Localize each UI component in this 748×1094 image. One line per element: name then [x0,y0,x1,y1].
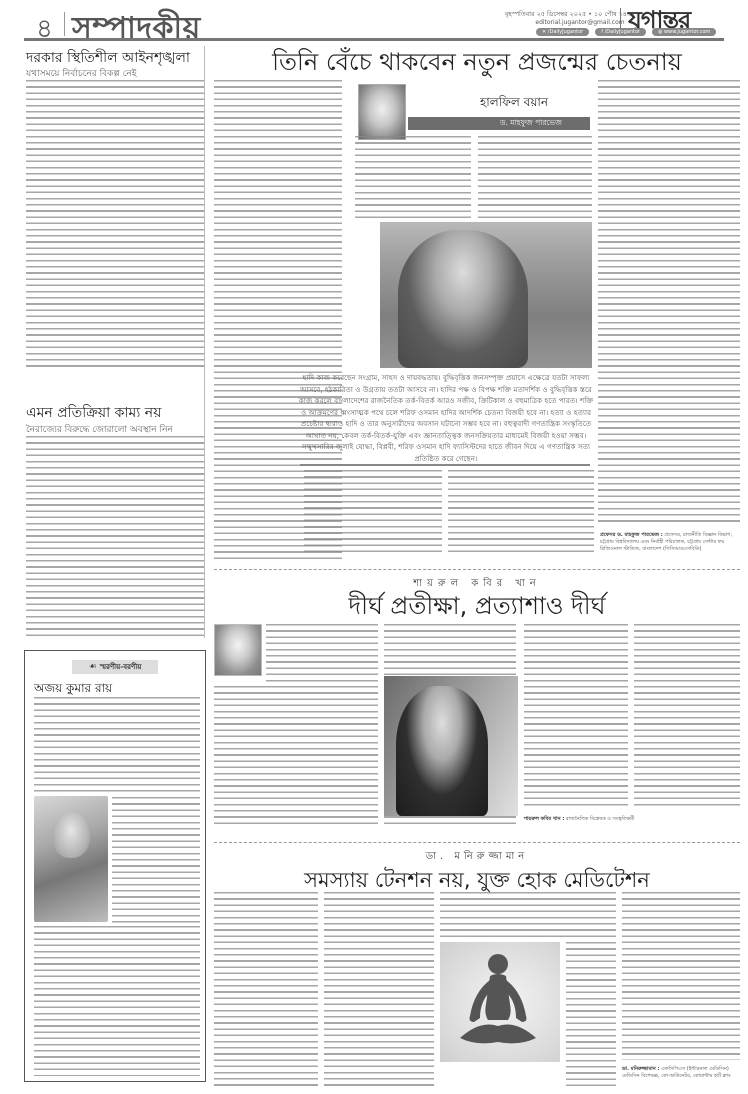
author-portrait [214,624,262,676]
feature-2-column-3 [524,624,628,810]
page-number-divider [64,12,65,36]
feature-3-author-bio: ডা. মনিরুজ্জামান : এফসিপিএস (ইন্টারনাল ম… [622,1066,740,1080]
smaran-body-side [112,797,200,923]
feature-1-author-bio: প্রফেসর ড. মাহফুজ পারভেজ : প্রফেসর, রাজন… [600,532,740,553]
meditation-silhouette [440,942,560,1062]
column-divider [204,46,205,638]
feature-1-column-name: হালফিল বয়ান [480,94,548,114]
portrait-face [52,812,90,858]
feature-3-column-4 [622,892,740,1060]
feature-1-column-2b [478,136,592,218]
meditation-icon [440,942,560,1062]
feature-1-pull-quote: হাদি কাজ করেছেন সংগ্রাম, সাহস ও দায়বদ্ধ… [296,372,596,464]
social-links: ✕ /DailyJugantor f /DailyJugantor ◍ www.… [536,28,716,36]
feature-3-column-2 [324,892,434,1088]
fingerprint-icon: ☙ [89,662,97,672]
feature-1-column-3 [598,80,740,526]
feature-3-column-3b [566,942,616,1088]
feature-1-column-4 [304,470,442,556]
editorial-2-subtitle: নৈরাজ্যের বিরুদ্ধে জোরালো অবস্থান নিন [26,422,173,437]
feature-1-headline[interactable]: তিনি বেঁচে থাকবেন নতুন প্রজন্মের চেতনায় [214,44,740,84]
editorial-1-subtitle: যথাসময়ে নির্বাচনের বিকল্প নেই [26,66,136,81]
feature-3-column-3a [440,892,616,940]
author-portrait [358,84,406,140]
feature-2-column-1a [266,624,378,684]
feature-2-column-4 [634,624,740,810]
feature-3-column-1 [214,892,318,1088]
feature-2-headline[interactable]: দীর্ঘ প্রতীক্ষা, প্রত্যাশাও দীর্ঘ [214,588,740,628]
newspaper-logo[interactable]: যুগান্তর [628,2,690,42]
smaran-body [34,697,200,793]
editorial-2-body [26,436,204,638]
editorial-1-body [26,80,204,370]
author-bar [408,117,590,130]
feature-2-column-1b [214,686,378,824]
editorial-email[interactable]: editorial.jugantor@gmail.com [535,19,624,26]
section-divider [214,569,740,570]
smaran-boroniyo-tag: ☙ স্মরণীয়-বরণীয় [72,660,158,674]
feature-1-column-2a [355,136,471,218]
brand-divider [620,8,621,28]
feature-1-author: ড. মাহফুজ পারভেজ [500,118,562,130]
feature-2-author-bio: শায়রুল কবির খান : রাজনৈতিক বিশ্লেষক ও স… [524,816,740,824]
social-link-x[interactable]: ✕ /DailyJugantor [536,28,589,36]
smaran-body-continued [34,926,200,1076]
masthead-rule [24,38,724,41]
social-link-facebook[interactable]: f /DailyJugantor [595,28,646,36]
pull-quote-rule [300,464,590,466]
social-link-website[interactable]: ◍ www.jugantor.com [652,28,716,36]
photo-subject [398,230,528,368]
section-divider [214,842,740,843]
feature-1-column-5 [448,470,594,556]
photo-subject [396,686,488,816]
